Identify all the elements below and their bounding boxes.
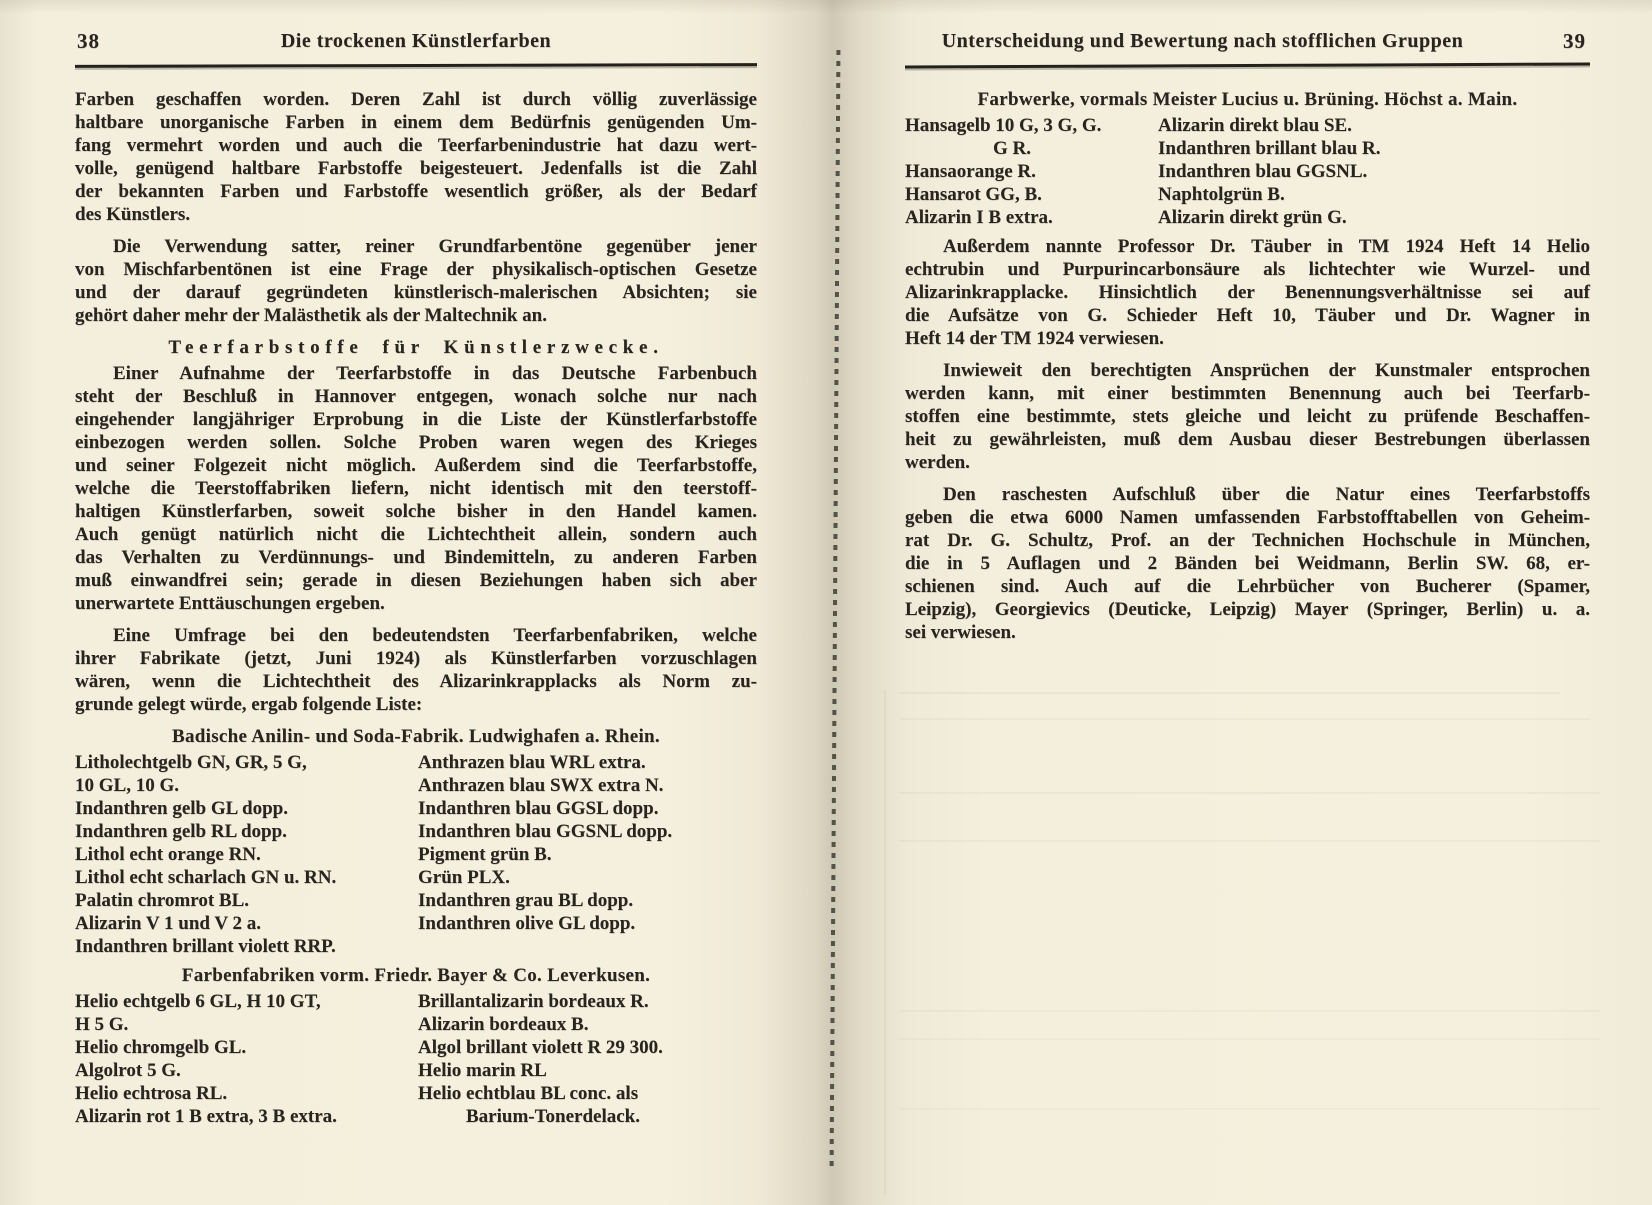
text-line: stoffen eine bestimmte, stets gleiche un… — [905, 405, 1590, 428]
text-line: Einer Aufnahme der Teerfarbstoffe in das… — [75, 362, 757, 385]
color-list: Litholechtgelb GN, GR, 5 G,Anthrazen bla… — [75, 751, 757, 958]
color-name: Algol brillant violett R 29 300. — [418, 1036, 757, 1059]
paragraph: Farben geschaffen worden. Deren Zahl ist… — [75, 88, 757, 226]
color-name: Indanthren gelb GL dopp. — [75, 797, 418, 820]
manufacturer-heading: Farbwerke, vormals Meister Lucius u. Brü… — [905, 88, 1590, 111]
color-name: Helio echtblau BL conc. als — [418, 1082, 757, 1105]
color-list-row: Hansagelb 10 G, 3 G, G.Alizarin direkt b… — [905, 114, 1590, 137]
color-name: Hansaorange R. — [905, 160, 1158, 183]
text-line: der bekannten Farben und Farbstoffe wese… — [75, 180, 757, 203]
text-line: Leipzig), Georgievics (Deuticke, Leipzig… — [905, 598, 1590, 621]
running-title: Unterscheidung und Bewertung nach stoffl… — [905, 30, 1590, 53]
manufacturer-heading: Badische Anilin- und Soda-Fabrik. Ludwig… — [75, 725, 757, 748]
left-page: 38 Die trockenen Künstlerfarben Farben g… — [0, 0, 795, 1205]
color-name: 10 GL, 10 G. — [75, 774, 418, 797]
page-number: 39 — [1563, 30, 1586, 53]
color-name: Palatin chromrot BL. — [75, 889, 418, 912]
text-line: eingehender langjähriger Erprobung in di… — [75, 408, 757, 431]
left-page-content: 38 Die trockenen Künstlerfarben Farben g… — [75, 30, 757, 1134]
color-name: Helio marin RL — [418, 1059, 757, 1082]
color-list-row: Indanthren brillant violett RRP. — [75, 935, 757, 958]
color-name — [418, 935, 757, 958]
text-line: Auch genügt natürlich nicht die Lichtech… — [75, 523, 757, 546]
paragraph: Den raschesten Aufschluß über die Natur … — [905, 483, 1590, 644]
color-name: Indanthren brillant violett RRP. — [75, 935, 418, 958]
text-line: und seiner Folgezeit nicht möglich. Auße… — [75, 454, 757, 477]
left-page-header: 38 Die trockenen Künstlerfarben — [75, 30, 757, 64]
page-number: 38 — [77, 30, 100, 53]
color-name: Hansarot GG, B. — [905, 183, 1158, 206]
color-name: Hansagelb 10 G, 3 G, G. — [905, 114, 1158, 137]
color-name: G R. — [905, 137, 1158, 160]
color-list-row: Helio echtrosa RL.Helio echtblau BL conc… — [75, 1082, 757, 1105]
text-line: welche die Teerstoffabriken liefern, nic… — [75, 477, 757, 500]
text-line: geben die etwa 6000 Namen umfassenden Fa… — [905, 506, 1590, 529]
text-line: des Künstlers. — [75, 203, 757, 226]
color-list-row: Lithol echt orange RN.Pigment grün B. — [75, 843, 757, 866]
right-page-blocks: Farbwerke, vormals Meister Lucius u. Brü… — [905, 88, 1590, 644]
color-name: Alizarin I B extra. — [905, 206, 1158, 229]
text-line: haltigen Künstlerfarben, soweit solche b… — [75, 500, 757, 523]
color-name: Algolrot 5 G. — [75, 1059, 418, 1082]
color-name: Alizarin V 1 und V 2 a. — [75, 912, 418, 935]
color-list-row: Lithol echt scharlach GN u. RN.Grün PLX. — [75, 866, 757, 889]
text-line: volle, genügend haltbare Farbstoffe beig… — [75, 157, 757, 180]
text-line: die in 5 Auflagen und 2 Bänden bei Weidm… — [905, 552, 1590, 575]
text-line: gehört daher mehr der Malästhetik als de… — [75, 304, 757, 327]
text-line: sei verwiesen. — [905, 621, 1590, 644]
text-line: werden kann, mit einer bestimmten Benenn… — [905, 382, 1590, 405]
color-name: H 5 G. — [75, 1013, 418, 1036]
text-line: rat Dr. G. Schultz, Prof. an der Technic… — [905, 529, 1590, 552]
text-line: Außerdem nannte Professor Dr. Täuber in … — [905, 235, 1590, 258]
text-line: haltbare unorganische Farben in einem de… — [75, 111, 757, 134]
text-line: wären, wenn die Lichtechtheit des Alizar… — [75, 670, 757, 693]
text-line: steht der Beschluß in Hannover entgegen,… — [75, 385, 757, 408]
color-name: Indanthren grau BL dopp. — [418, 889, 757, 912]
text-line: Eine Umfrage bei den bedeutendsten Teerf… — [75, 624, 757, 647]
paragraph: Außerdem nannte Professor Dr. Täuber in … — [905, 235, 1590, 350]
color-name: Indanthren blau GGSL dopp. — [418, 797, 757, 820]
running-title: Die trockenen Künstlerfarben — [75, 30, 757, 53]
paragraph: Eine Umfrage bei den bedeutendsten Teerf… — [75, 624, 757, 716]
color-name: Indanthren gelb RL dopp. — [75, 820, 418, 843]
color-list-row: G R.Indanthren brillant blau R. — [905, 137, 1590, 160]
color-name: Anthrazen blau WRL extra. — [418, 751, 757, 774]
color-list-row: Helio chromgelb GL.Algol brillant violet… — [75, 1036, 757, 1059]
color-list-row: Litholechtgelb GN, GR, 5 G,Anthrazen bla… — [75, 751, 757, 774]
color-list-row: Algolrot 5 G.Helio marin RL — [75, 1059, 757, 1082]
color-name: Helio echtgelb 6 GL, H 10 GT, — [75, 990, 418, 1013]
text-line: das Verhalten zu Verdünnungs- und Bindem… — [75, 546, 757, 569]
right-page-header: Unterscheidung und Bewertung nach stoffl… — [905, 30, 1590, 64]
color-list-row: Alizarin rot 1 B extra, 3 B extra.Barium… — [75, 1105, 757, 1128]
color-list-row: H 5 G.Alizarin bordeaux B. — [75, 1013, 757, 1036]
color-list-row: Indanthren gelb GL dopp.Indanthren blau … — [75, 797, 757, 820]
text-line: fang vermehrt worden und auch die Teerfa… — [75, 134, 757, 157]
paragraph: Die Verwendung satter, reiner Grundfarbe… — [75, 235, 757, 327]
text-line: die Aufsätze von G. Schieder Heft 10, Tä… — [905, 304, 1590, 327]
color-list: Hansagelb 10 G, 3 G, G.Alizarin direkt b… — [905, 114, 1590, 229]
text-line: von Mischfarbentönen ist eine Frage der … — [75, 258, 757, 281]
text-line: Inwieweit den berechtigten Ansprüchen de… — [905, 359, 1590, 382]
text-line: echtrubin und Purpurincarbonsäure als li… — [905, 258, 1590, 281]
color-name: Barium-Tonerdelack. — [418, 1105, 757, 1128]
color-name: Anthrazen blau SWX extra N. — [418, 774, 757, 797]
paragraph: Inwieweit den berechtigten Ansprüchen de… — [905, 359, 1590, 474]
color-name: Litholechtgelb GN, GR, 5 G, — [75, 751, 418, 774]
color-name: Indanthren blau GGSNL dopp. — [418, 820, 757, 843]
color-list-row: Alizarin V 1 und V 2 a.Indanthren olive … — [75, 912, 757, 935]
text-line: muß einwandfrei sein; gerade in diesen B… — [75, 569, 757, 592]
right-page-content: Unterscheidung und Bewertung nach stoffl… — [905, 30, 1590, 653]
color-list: Helio echtgelb 6 GL, H 10 GT,Brillantali… — [75, 990, 757, 1128]
color-name: Helio echtrosa RL. — [75, 1082, 418, 1105]
color-list-row: Palatin chromrot BL.Indanthren grau BL d… — [75, 889, 757, 912]
paragraph: Einer Aufnahme der Teerfarbstoffe in das… — [75, 362, 757, 615]
text-line: Den raschesten Aufschluß über die Natur … — [905, 483, 1590, 506]
book-spread: 38 Die trockenen Künstlerfarben Farben g… — [0, 0, 1652, 1205]
color-name: Grün PLX. — [418, 866, 757, 889]
color-name: Lithol echt orange RN. — [75, 843, 418, 866]
color-list-row: Hansaorange R.Indanthren blau GGSNL. — [905, 160, 1590, 183]
left-page-blocks: Farben geschaffen worden. Deren Zahl ist… — [75, 88, 757, 1128]
color-name: Alizarin rot 1 B extra, 3 B extra. — [75, 1105, 418, 1128]
color-name: Alizarin bordeaux B. — [418, 1013, 757, 1036]
text-line: Heft 14 der TM 1924 verwiesen. — [905, 327, 1590, 350]
text-line: grunde gelegt würde, ergab folgende List… — [75, 693, 757, 716]
text-line: und der darauf gegründeten künstlerisch-… — [75, 281, 757, 304]
text-line: Alizarinkrapplacke. Hinsichtlich der Ben… — [905, 281, 1590, 304]
header-rule — [75, 63, 757, 68]
text-line: schienen sind. Auch auf die Lehrbücher v… — [905, 575, 1590, 598]
text-line: werden. — [905, 451, 1590, 474]
color-list-row: Indanthren gelb RL dopp.Indanthren blau … — [75, 820, 757, 843]
color-name: Indanthren olive GL dopp. — [418, 912, 757, 935]
color-list-row: Helio echtgelb 6 GL, H 10 GT,Brillantali… — [75, 990, 757, 1013]
color-name: Brillantalizarin bordeaux R. — [418, 990, 757, 1013]
right-page: Unterscheidung und Bewertung nach stoffl… — [795, 0, 1652, 1205]
text-line: Die Verwendung satter, reiner Grundfarbe… — [75, 235, 757, 258]
color-list-row: Hansarot GG, B.Naphtolgrün B. — [905, 183, 1590, 206]
text-line: einbezogen werden sollen. Solche Proben … — [75, 431, 757, 454]
text-line: heit zu gewährleisten, muß dem Ausbau di… — [905, 428, 1590, 451]
text-line: ihrer Fabrikate (jetzt, Juni 1924) als K… — [75, 647, 757, 670]
color-name: Helio chromgelb GL. — [75, 1036, 418, 1059]
color-list-row: 10 GL, 10 G.Anthrazen blau SWX extra N. — [75, 774, 757, 797]
color-name: Pigment grün B. — [418, 843, 757, 866]
color-name: Alizarin direkt blau SE. — [1158, 114, 1590, 137]
color-name: Lithol echt scharlach GN u. RN. — [75, 866, 418, 889]
text-line: Farben geschaffen worden. Deren Zahl ist… — [75, 88, 757, 111]
color-list-row: Alizarin I B extra.Alizarin direkt grün … — [905, 206, 1590, 229]
color-name: Indanthren brillant blau R. — [1158, 137, 1590, 160]
color-name: Indanthren blau GGSNL. — [1158, 160, 1590, 183]
color-name: Naphtolgrün B. — [1158, 183, 1590, 206]
manufacturer-heading: Farbenfabriken vorm. Friedr. Bayer & Co.… — [75, 964, 757, 987]
text-line: unerwartete Enttäuschungen ergeben. — [75, 592, 757, 615]
color-name: Alizarin direkt grün G. — [1158, 206, 1590, 229]
section-heading: Teerfarbstoffe für Künstlerzwecke. — [75, 336, 757, 359]
